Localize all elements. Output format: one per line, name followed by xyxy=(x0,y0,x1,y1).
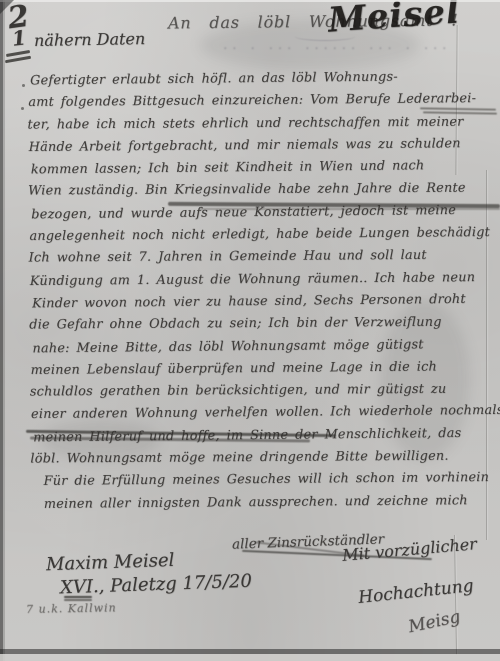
margin-dot xyxy=(22,84,25,87)
sheet-mark: 1 xyxy=(11,25,27,50)
handwritten-line: ter, habe ich mich stets ehrlich und rec… xyxy=(27,111,500,136)
handwritten-line: nahe: Meine Bitte, das löbl Wohnungsamt … xyxy=(32,333,500,360)
handwritten-line: schuldlos gerathen bin berücksichtigen, … xyxy=(30,379,500,404)
valediction-line-2: Hochachtung xyxy=(357,576,474,608)
faint-pencil-note: 7 u.k. Kallwin xyxy=(26,601,117,616)
faded-official-stamp: ·· · ··· ······ ··· · ··· xyxy=(222,42,450,55)
scan-edge xyxy=(3,0,5,661)
margin-dot xyxy=(21,107,24,110)
official-paraph: Meisg xyxy=(406,607,462,637)
handwritten-line: meinen aller innigsten Dank aussprechen.… xyxy=(44,489,500,515)
double-underline-mark xyxy=(64,599,92,601)
pencil-underline xyxy=(200,208,500,210)
letter-body: Gefertigter erlaubt sich höfl. an das lö… xyxy=(28,66,500,516)
faded-stamp-arc xyxy=(295,32,355,41)
scan-edge xyxy=(0,654,500,661)
signature-address-date: XVI., Paletzg 17/5/20 xyxy=(60,571,253,599)
scan-edge xyxy=(0,0,500,2)
double-underline-mark xyxy=(5,56,31,63)
signature-name: Maxim Meisel xyxy=(46,550,175,575)
scanned-letter-page: 2 1 nähern Daten An das löbl Wohnungsamt… xyxy=(0,0,500,661)
double-underline-mark xyxy=(64,596,92,598)
corner-annotation: nähern Daten xyxy=(34,29,146,50)
handwritten-line: Ich wohne seit 7. Jahren in Gemeinde Hau… xyxy=(29,245,500,270)
